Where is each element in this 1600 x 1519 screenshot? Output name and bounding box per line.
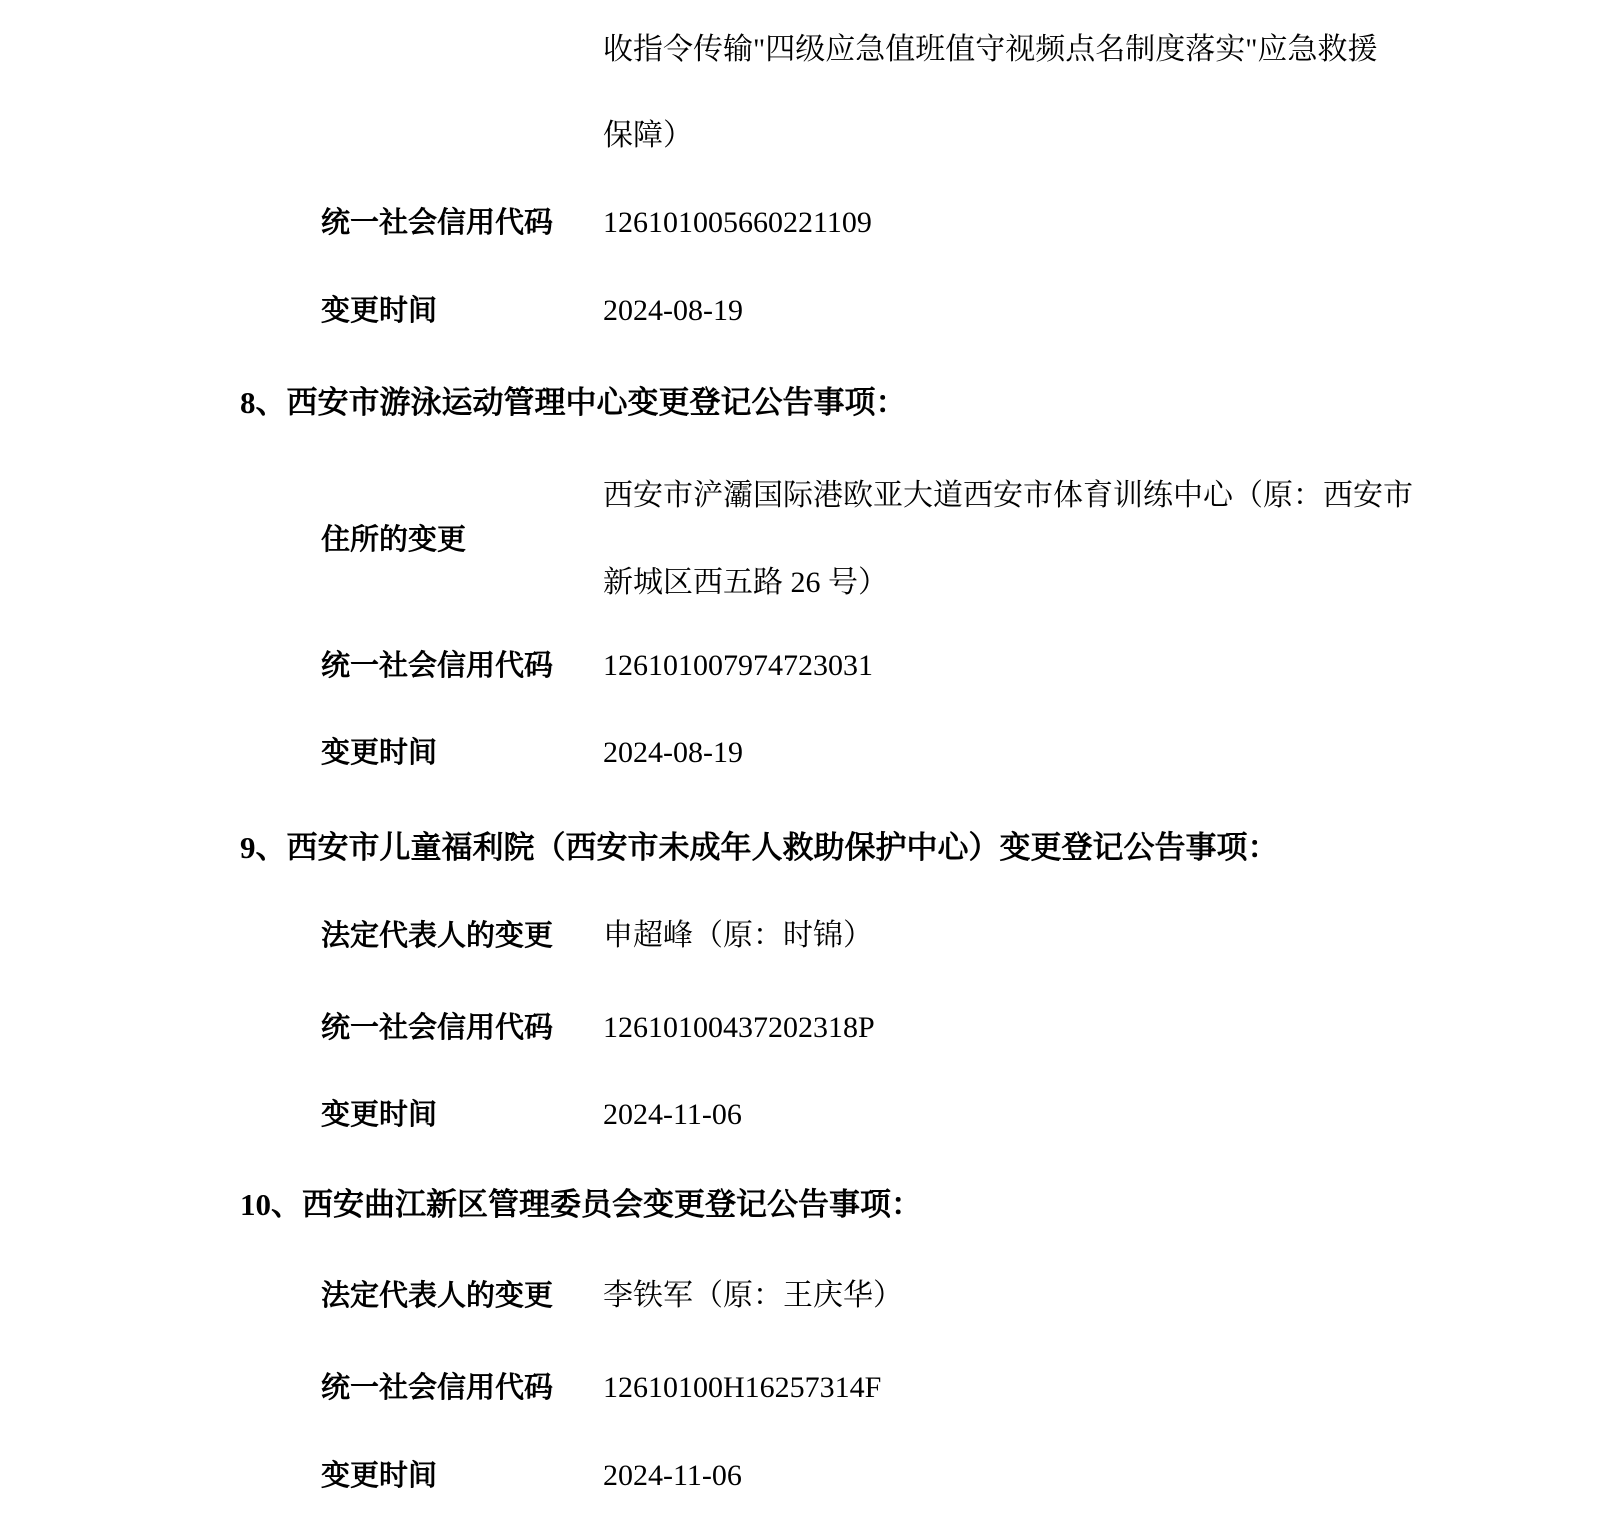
item9-credit-code-value: 12610100437202318P [603,1010,875,1046]
item9-change-date-label: 变更时间 [321,1097,437,1133]
continuation-text-line-1: 收指令传输"四级应急值班值守视频点名制度落实"应急救援 [603,32,1378,68]
item7-change-date-label: 变更时间 [321,293,437,329]
continuation-text-line-2: 保障） [603,118,693,154]
item10-change-date-value: 2024-11-06 [603,1458,742,1494]
item10-change-date-label: 变更时间 [321,1458,437,1494]
item8-address-value-line-1: 西安市浐灞国际港欧亚大道西安市体育训练中心（原：西安市 [603,478,1413,514]
item10-credit-code-value: 12610100H16257314F [603,1370,881,1406]
item8-section-heading: 8、西安市游泳运动管理中心变更登记公告事项： [240,385,907,421]
item9-section-heading: 9、西安市儿童福利院（西安市未成年人救助保护中心）变更登记公告事项： [240,830,1279,866]
item8-address-label: 住所的变更 [321,522,466,558]
announcement-document-page: 收指令传输"四级应急值班值守视频点名制度落实"应急救援 保障） 统一社会信用代码… [0,0,1600,1519]
item10-section-heading: 10、西安曲江新区管理委员会变更登记公告事项： [240,1187,922,1223]
item7-credit-code-value: 126101005660221109 [603,205,872,241]
item8-address-value-line-2: 新城区西五路 26 号） [603,565,888,601]
item10-legal-rep-label: 法定代表人的变更 [321,1278,553,1314]
item9-change-date-value: 2024-11-06 [603,1097,742,1133]
item10-credit-code-label: 统一社会信用代码 [321,1370,553,1406]
item9-legal-rep-value: 申超峰（原：时锦） [603,918,873,954]
item9-legal-rep-label: 法定代表人的变更 [321,918,553,954]
item8-credit-code-value: 126101007974723031 [603,648,873,684]
item7-change-date-value: 2024-08-19 [603,293,743,329]
item9-credit-code-label: 统一社会信用代码 [321,1010,553,1046]
item8-change-date-label: 变更时间 [321,735,437,771]
item10-legal-rep-value: 李铁军（原：王庆华） [603,1278,903,1314]
item8-credit-code-label: 统一社会信用代码 [321,648,553,684]
item8-change-date-value: 2024-08-19 [603,735,743,771]
item7-credit-code-label: 统一社会信用代码 [321,205,553,241]
